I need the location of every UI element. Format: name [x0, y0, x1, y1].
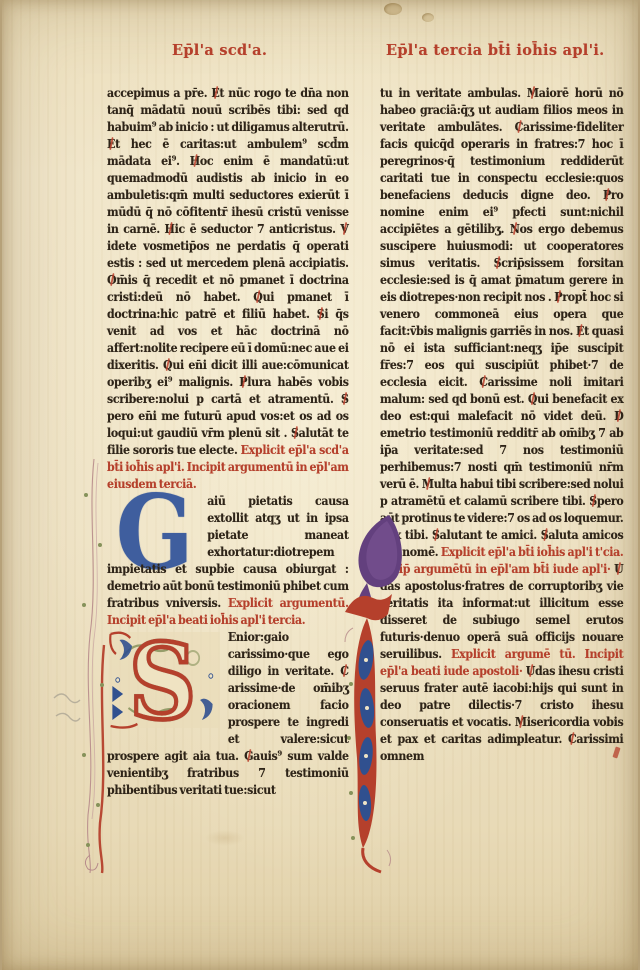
- rubricated-capital: S: [541, 526, 549, 543]
- illuminated-initial-g: G: [107, 494, 202, 560]
- body-text: idete vosmetip̄os ne perdatis q̄ operati…: [107, 238, 349, 270]
- rubricated-capital: P: [603, 186, 611, 203]
- text-column-right: tu in veritate ambulas. Maiorē horū nō h…: [380, 84, 623, 764]
- rubricated-capital: S: [589, 492, 597, 509]
- rubricated-capital: G: [244, 747, 253, 764]
- rubricated-capital: M: [422, 475, 434, 492]
- paragraph-right-flow: tu in veritate ambulas. Maiorē horū nō h…: [380, 84, 623, 764]
- rubricated-capital: S: [317, 305, 325, 322]
- initial-s-penwork: S: [107, 630, 222, 730]
- rubricated-capital: S: [341, 390, 349, 407]
- illuminated-initial-i: [343, 588, 395, 876]
- rubricated-capital: H: [190, 152, 200, 169]
- margin-scribble: [50, 688, 84, 730]
- body-text: ic ē seductor 7 anticristus.: [175, 221, 341, 236]
- rubricated-capital: E: [576, 322, 584, 339]
- rubricated-capital: M: [515, 713, 527, 730]
- margin-penwork-left: [72, 455, 112, 875]
- rubricated-capital: V: [340, 220, 348, 237]
- illuminated-initial-s: S: [107, 630, 222, 730]
- rubricated-capital: N: [510, 220, 520, 237]
- parchment-page: Ep̄l'a scd'a. Ep̄l'a tercia bt̄i ioh̄is …: [2, 0, 638, 970]
- parchment-blemish: [384, 3, 402, 15]
- paragraph-argument-3john: Gaiū pietatis causa extollit atqʒ ut in …: [107, 492, 349, 628]
- parchment-blemish: [422, 13, 434, 22]
- rubricated-capital: P: [554, 288, 562, 305]
- rubricated-capital: U: [526, 662, 535, 679]
- rubricated-capital: Q: [253, 288, 262, 305]
- rubricated-capital: C: [479, 373, 487, 390]
- rubricated-capital: M: [527, 84, 539, 101]
- rubricated-capital: O: [107, 271, 116, 288]
- rubricated-capital: Q: [163, 356, 172, 373]
- rubricated-capital: C: [515, 118, 523, 135]
- rubricated-capital: P: [239, 373, 247, 390]
- rubricated-capital: S: [432, 526, 440, 543]
- rubricated-capital: S: [494, 254, 502, 271]
- rubricated-capital: D: [614, 407, 623, 424]
- svg-text:S: S: [129, 630, 196, 730]
- body-text: tu in veritate ambulas.: [380, 85, 527, 100]
- paragraph-3john: S Enior:gaio carissimo·que ego diligo in…: [107, 628, 349, 798]
- body-text: accepimus a pr̄e.: [107, 85, 211, 100]
- running-header-right: Ep̄l'a tercia bt̄i ioh̄is apl'i.: [386, 42, 605, 62]
- rubricated-capital: C: [568, 730, 576, 747]
- rubricated-capital: E: [107, 135, 115, 152]
- body-text: alutant te amici.: [440, 527, 541, 542]
- manuscript-photo: { "page": { "description": "Gutenberg Bi…: [0, 0, 640, 970]
- running-header-left: Ep̄l'a scd'a.: [172, 42, 267, 62]
- paragraph-2john: accepimus a pr̄e. Et nūc rogo te dn̄a no…: [107, 84, 349, 492]
- faint-smudge: [205, 830, 245, 846]
- body-text: Enior:gaio carissimo·que ego diligo in v…: [228, 629, 349, 678]
- rubricated-capital: U: [614, 560, 623, 577]
- rubricated-capital: H: [165, 220, 175, 237]
- rubricated-capital: S: [291, 424, 299, 441]
- rubricated-capital: E: [211, 84, 219, 101]
- text-column-left: accepimus a pr̄e. Et nūc rogo te dn̄a no…: [107, 84, 349, 798]
- rubricated-capital: Q: [528, 390, 537, 407]
